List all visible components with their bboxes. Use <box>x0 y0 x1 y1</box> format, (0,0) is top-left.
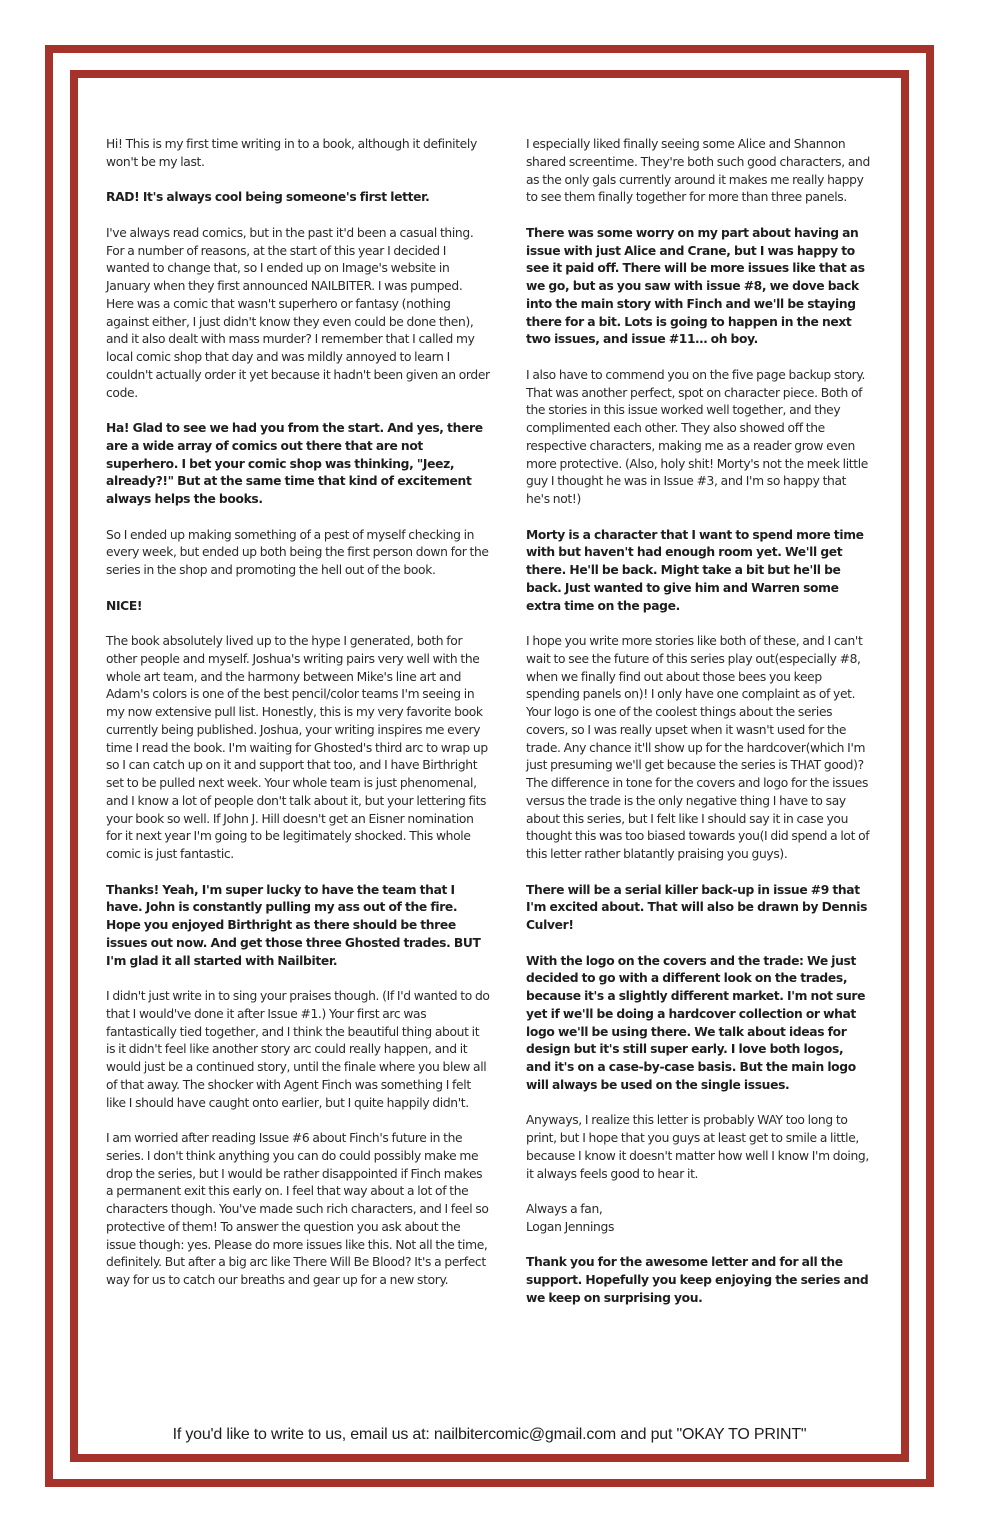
letter-paragraph: I hope you write more stories like both … <box>526 633 870 864</box>
right-column: I especially liked finally seeing some A… <box>526 136 870 1325</box>
letter-paragraph: I am worried after reading Issue #6 abou… <box>106 1130 490 1290</box>
submission-footer: If you'd like to write to us, email us a… <box>70 1426 909 1444</box>
reply-paragraph: Ha! Glad to see we had you from the star… <box>106 420 490 509</box>
letter-paragraph: Hi! This is my first time writing in to … <box>106 136 490 172</box>
signoff-line: Always a fan, <box>526 1202 602 1216</box>
letter-paragraph: So I ended up making something of a pest… <box>106 527 490 580</box>
reply-paragraph: Morty is a character that I want to spen… <box>526 527 870 616</box>
letter-paragraph: The book absolutely lived up to the hype… <box>106 633 490 864</box>
letter-paragraph: Anyways, I realize this letter is probab… <box>526 1112 870 1183</box>
reply-paragraph: With the logo on the covers and the trad… <box>526 953 870 1095</box>
letter-paragraph: I also have to commend you on the five p… <box>526 367 870 509</box>
signoff: Always a fan,Logan Jennings <box>526 1201 870 1237</box>
reply-paragraph: RAD! It's always cool being someone's fi… <box>106 189 490 207</box>
reply-paragraph: NICE! <box>106 598 490 616</box>
reply-paragraph: Thanks! Yeah, I'm super lucky to have th… <box>106 882 490 971</box>
letter-paragraph: I especially liked finally seeing some A… <box>526 136 870 207</box>
letter-paragraph: I didn't just write in to sing your prai… <box>106 988 490 1112</box>
reply-paragraph: Thank you for the awesome letter and for… <box>526 1254 870 1307</box>
letter-paragraph: I've always read comics, but in the past… <box>106 225 490 403</box>
reply-paragraph: There was some worry on my part about ha… <box>526 225 870 349</box>
left-column: Hi! This is my first time writing in to … <box>106 136 490 1308</box>
signature-name: Logan Jennings <box>526 1220 614 1234</box>
reply-paragraph: There will be a serial killer back-up in… <box>526 882 870 935</box>
